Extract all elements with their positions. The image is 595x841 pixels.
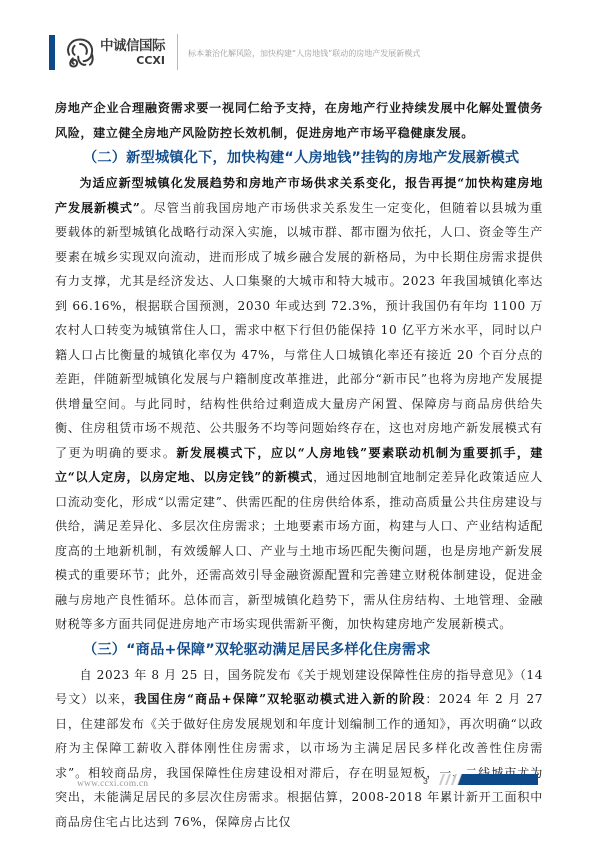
ccxi-logo: 中诚信国际 CCXI xyxy=(62,33,174,73)
header-divider xyxy=(177,34,178,70)
page-header: 中诚信国际 CCXI 标本兼治化解风险，加快构建“人房地钱”联动的房地产发展新模… xyxy=(0,0,595,80)
section-3-text-2: ：2024 年 2 月 27 日，住建部发布《关于做好住房发展规划和年度计划编制… xyxy=(55,692,543,829)
logo-en-name: CCXI xyxy=(136,55,165,66)
footer-website: www.ccxi.com.cn xyxy=(77,779,148,789)
intro-paragraph: 房地产企业合理融资需求要一视同仁给予支持，在房地产行业持续发展中化解处置债务风险… xyxy=(55,96,543,145)
logo-cn-name: 中诚信国际 xyxy=(100,40,165,54)
section-2-text-1: 。尽管当前我国房地产市场供求关系发生一定变化，但随着以县城为重要载体的新型城镇化… xyxy=(55,201,543,460)
elephant-logo-icon xyxy=(62,35,98,71)
section-2-heading: （二）新型城镇化下，加快构建“人房地钱”挂钩的房地产发展新模式 xyxy=(55,145,543,171)
section-3-paragraph: 自 2023 年 8 月 25 日，国务院发布《关于规划建设保障性住房的指导意见… xyxy=(55,663,543,835)
section-3-heading: （三）“商品+保障”双轮驱动满足居民多样化住房需求 xyxy=(55,637,543,663)
page-number: 3 xyxy=(423,776,428,786)
section-3-key-point-1: 我国住房“商品+保障”双轮驱动模式进入新的阶段 xyxy=(134,692,425,706)
header-accent-bar xyxy=(49,35,55,70)
footer-accent-bar xyxy=(458,774,538,785)
section-2-paragraph: 为适应新型城镇化发展趋势和房地产市场供求关系变化，报告再提“加快构建房地产发展新… xyxy=(55,171,543,637)
document-body: 房地产企业合理融资需求要一视同仁给予支持，在房地产行业持续发展中化解处置债务风险… xyxy=(55,96,543,834)
report-running-title: 标本兼治化解风险，加快构建“人房地钱”联动的房地产发展新模式 xyxy=(188,48,420,59)
section-2-text-2: ，通过因地制宜地制定差异化政策适应人口流动变化，形成“以需定建”、供需匹配的住房… xyxy=(55,470,543,631)
